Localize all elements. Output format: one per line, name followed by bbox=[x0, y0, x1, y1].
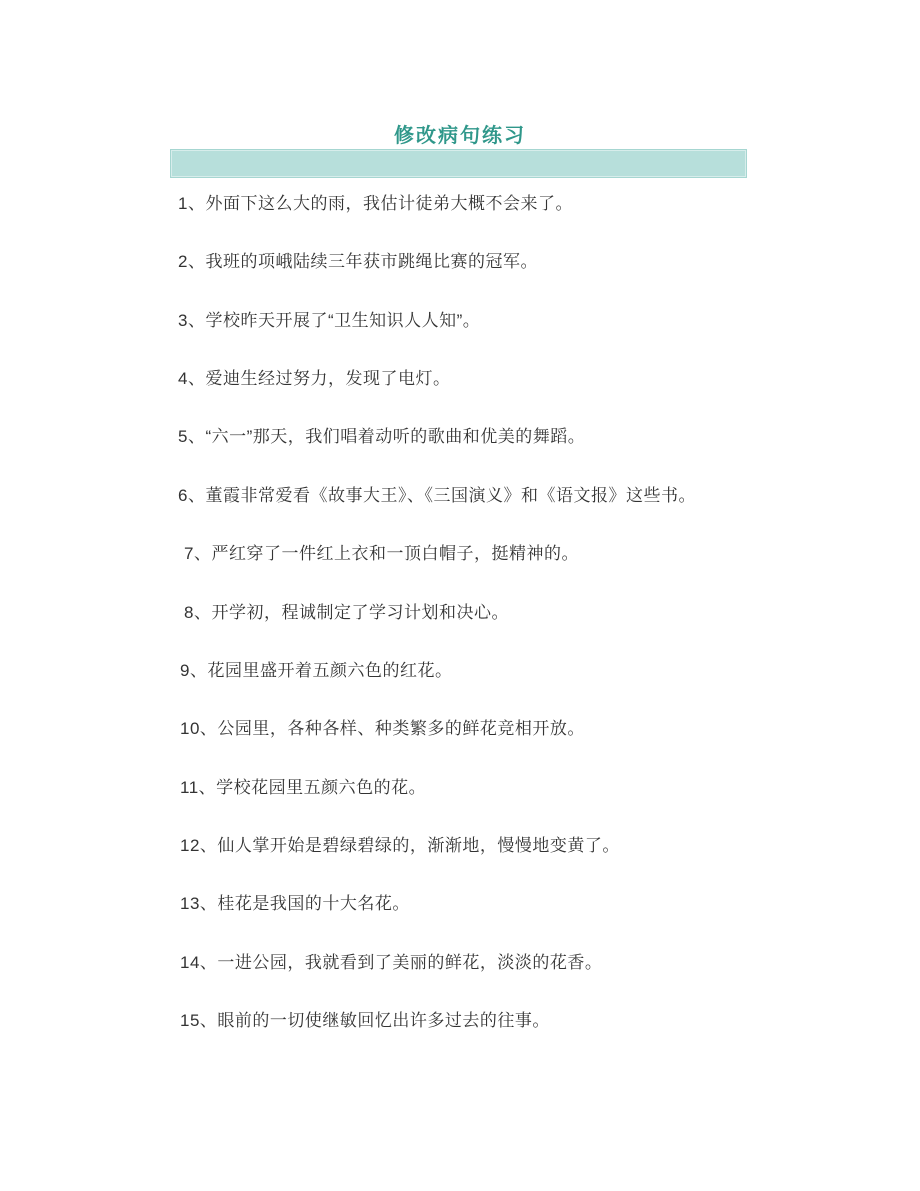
item-number: 6、 bbox=[178, 486, 205, 505]
item-number: 8、 bbox=[184, 603, 211, 622]
item-text: 外面下这么大的雨，我估计徒弟大概不会来了。 bbox=[205, 194, 573, 213]
list-item: 1、外面下这么大的雨，我估计徒弟大概不会来了。 bbox=[178, 193, 788, 251]
list-item: 13、桂花是我国的十大名花。 bbox=[180, 893, 788, 951]
worksheet-page: 修改病句练习 1、外面下这么大的雨，我估计徒弟大概不会来了。 2、我班的项峨陆续… bbox=[0, 0, 920, 1191]
list-item: 8、开学初，程诚制定了学习计划和决心。 bbox=[184, 602, 788, 660]
list-item: 14、一进公园，我就看到了美丽的鲜花，淡淡的花香。 bbox=[180, 952, 788, 1010]
item-number: 12、 bbox=[180, 836, 217, 855]
item-text: 学校花园里五颜六色的花。 bbox=[216, 778, 426, 797]
item-number: 11、 bbox=[180, 778, 216, 797]
item-number: 3、 bbox=[178, 311, 205, 330]
item-text: 爱迪生经过努力，发现了电灯。 bbox=[205, 369, 450, 388]
list-item: 3、学校昨天开展了“卫生知识人人知”。 bbox=[178, 310, 788, 368]
list-item: 4、爱迪生经过努力，发现了电灯。 bbox=[178, 368, 788, 426]
item-text: 仙人掌开始是碧绿碧绿的，渐渐地，慢慢地变黄了。 bbox=[217, 836, 620, 855]
list-item: 12、仙人掌开始是碧绿碧绿的，渐渐地，慢慢地变黄了。 bbox=[180, 835, 788, 893]
item-text: 一进公园，我就看到了美丽的鲜花，淡淡的花香。 bbox=[217, 953, 602, 972]
list-item: 5、“六一”那天，我们唱着动听的歌曲和优美的舞蹈。 bbox=[178, 426, 788, 484]
item-number: 14、 bbox=[180, 953, 217, 972]
item-text: 开学初，程诚制定了学习计划和决心。 bbox=[211, 603, 509, 622]
list-item: 10、公园里，各种各样、种类繁多的鲜花竞相开放。 bbox=[180, 718, 788, 776]
item-text: 公园里，各种各样、种类繁多的鲜花竞相开放。 bbox=[217, 719, 585, 738]
list-item: 2、我班的项峨陆续三年获市跳绳比赛的冠军。 bbox=[178, 251, 788, 309]
item-number: 5、 bbox=[178, 427, 205, 446]
item-text: 我班的项峨陆续三年获市跳绳比赛的冠军。 bbox=[205, 252, 538, 271]
item-text: 学校昨天开展了“卫生知识人人知”。 bbox=[205, 311, 480, 330]
item-number: 13、 bbox=[180, 894, 217, 913]
list-item: 9、花园里盛开着五颜六色的红花。 bbox=[180, 660, 788, 718]
item-text: 董霞非常爱看《故事大王》、《三国演义》和《语文报》这些书。 bbox=[205, 486, 696, 505]
list-item: 7、严红穿了一件红上衣和一顶白帽子，挺精神的。 bbox=[184, 543, 788, 601]
item-number: 4、 bbox=[178, 369, 205, 388]
sentence-list: 1、外面下这么大的雨，我估计徒弟大概不会来了。 2、我班的项峨陆续三年获市跳绳比… bbox=[178, 193, 788, 1068]
list-item: 11、学校花园里五颜六色的花。 bbox=[180, 777, 788, 835]
item-number: 7、 bbox=[184, 544, 211, 563]
item-text: 花园里盛开着五颜六色的红花。 bbox=[207, 661, 452, 680]
item-text: 桂花是我国的十大名花。 bbox=[217, 894, 410, 913]
item-number: 2、 bbox=[178, 252, 205, 271]
page-title: 修改病句练习 bbox=[0, 119, 920, 148]
list-item: 15、眼前的一切使继敏回忆出许多过去的往事。 bbox=[180, 1010, 788, 1068]
item-number: 1、 bbox=[178, 194, 205, 213]
list-item: 6、董霞非常爱看《故事大王》、《三国演义》和《语文报》这些书。 bbox=[178, 485, 788, 543]
item-text: 眼前的一切使继敏回忆出许多过去的往事。 bbox=[217, 1011, 550, 1030]
item-text: “六一”那天，我们唱着动听的歌曲和优美的舞蹈。 bbox=[205, 427, 585, 446]
item-number: 9、 bbox=[180, 661, 207, 680]
title-banner bbox=[170, 149, 747, 178]
item-number: 15、 bbox=[180, 1011, 217, 1030]
item-number: 10、 bbox=[180, 719, 217, 738]
item-text: 严红穿了一件红上衣和一顶白帽子，挺精神的。 bbox=[211, 544, 579, 563]
